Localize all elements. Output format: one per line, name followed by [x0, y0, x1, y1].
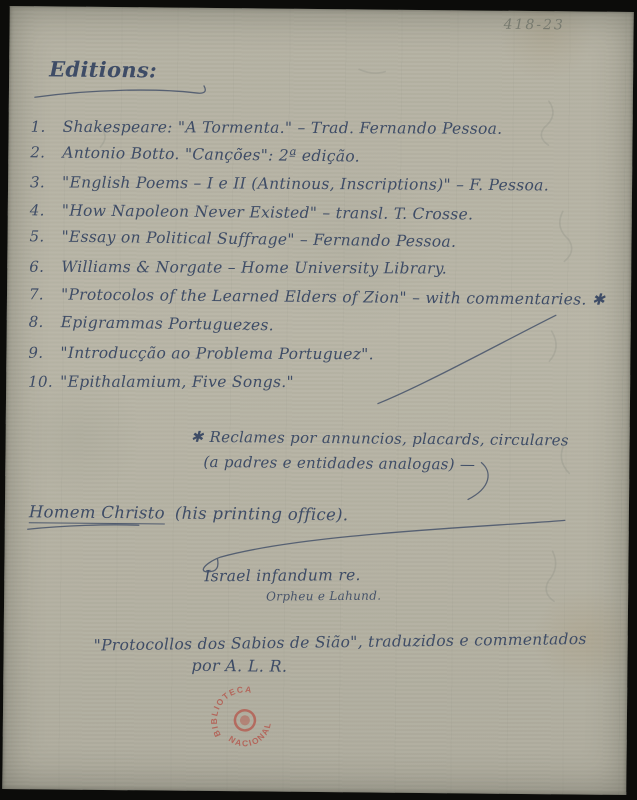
- list-item-number: 4.: [30, 201, 62, 219]
- reference-mark: ✱: [191, 428, 204, 446]
- svg-text:NACIONAL: NACIONAL: [225, 711, 279, 760]
- list-item: 7. "Protocolos of the Learned Elders of …: [29, 285, 609, 309]
- list-item-number: 2.: [30, 143, 62, 161]
- margin-note-text: Reclames por annuncios, placards, circul…: [209, 428, 568, 449]
- list-item: 4. "How Napoleon Never Existed" – transl…: [30, 201, 610, 225]
- printer-note: Homem Christo(his printing office).: [29, 502, 349, 524]
- list-item-text: "Introducção ao Problema Portuguez".: [60, 344, 373, 363]
- memo-line1: Israel infandum re.: [204, 566, 361, 585]
- memo-line2: Orpheu e Lahund.: [266, 589, 381, 604]
- list-item: 8. Epigrammas Portuguezes.: [29, 313, 609, 340]
- list-item-text: "Essay on Political Suffrage" – Fernando…: [61, 228, 456, 251]
- list-item: 1. Shakespeare: "A Tormenta." – Trad. Fe…: [31, 118, 611, 139]
- list-item-text: "English Poems – I e II (Antinous, Inscr…: [62, 173, 549, 194]
- svg-text:BIBLIOTECA: BIBLIOTECA: [195, 675, 267, 740]
- manuscript-photo: { "annotation": { "archive_number": "418…: [0, 0, 637, 800]
- printer-name-underline-swash: [28, 524, 139, 530]
- list-item-number: 5.: [29, 227, 61, 245]
- list-item-number: 9.: [28, 344, 60, 362]
- margin-note-line1: ✱Reclames por annuncios, placards, circu…: [191, 428, 569, 450]
- list-item-number: 8.: [29, 313, 61, 331]
- list-item: 10. "Epithalamium, Five Songs.": [28, 373, 608, 392]
- archive-number: 418-23: [504, 17, 565, 34]
- list-item-text: Epigrammas Portuguezes.: [61, 313, 274, 334]
- list-item: 5. "Essay on Political Suffrage" – Ferna…: [29, 227, 609, 253]
- list-item-number: 1.: [31, 118, 63, 136]
- printer-name-underlined: Homem Christo: [29, 502, 165, 524]
- stamp-emblem-core: [238, 713, 252, 727]
- list-item-number: 6.: [29, 258, 61, 276]
- list-item-text: "Epithalamium, Five Songs.": [60, 373, 294, 391]
- list-item: 9. "Introducção ao Problema Portuguez".: [28, 344, 608, 365]
- footer-note-line1: "Protocollos dos Sabios de Sião", traduz…: [94, 630, 587, 654]
- list-item-number: 7.: [29, 285, 61, 303]
- title-underline-flourish: [35, 84, 205, 99]
- stamp-text-bottom: NACIONAL: [225, 711, 279, 760]
- list-item-number: 3.: [30, 173, 62, 191]
- page-title: Editions:: [49, 56, 157, 82]
- list-item-number: 10.: [28, 373, 60, 391]
- library-stamp: BIBLIOTECA NACIONAL: [186, 662, 303, 779]
- margin-note-line2: (a padres e entidades analogas) —: [203, 453, 475, 474]
- list-item-text: Shakespeare: "A Tormenta." – Trad. Ferna…: [63, 118, 503, 138]
- list-item-text: "Protocolos of the Learned Elders of Zio…: [61, 286, 605, 309]
- list-item-text: Antonio Botto. "Canções": 2ª edição.: [62, 144, 360, 166]
- list-item: 2. Antonio Botto. "Canções": 2ª edição.: [30, 143, 610, 169]
- list-item: 3. "English Poems – I e II (Antinous, In…: [30, 173, 610, 195]
- manuscript-page: 418-23 Editions: 1. Shakespeare: "A Torm…: [2, 6, 633, 795]
- stamp-text-top: BIBLIOTECA: [195, 675, 267, 740]
- list-item: 6. Williams & Norgate – Home University …: [29, 258, 609, 279]
- list-item-text: "How Napoleon Never Existed" – transl. T…: [62, 202, 474, 224]
- printer-note-rest: (his printing office).: [175, 504, 349, 525]
- list-item-text: Williams & Norgate – Home University Lib…: [61, 258, 447, 278]
